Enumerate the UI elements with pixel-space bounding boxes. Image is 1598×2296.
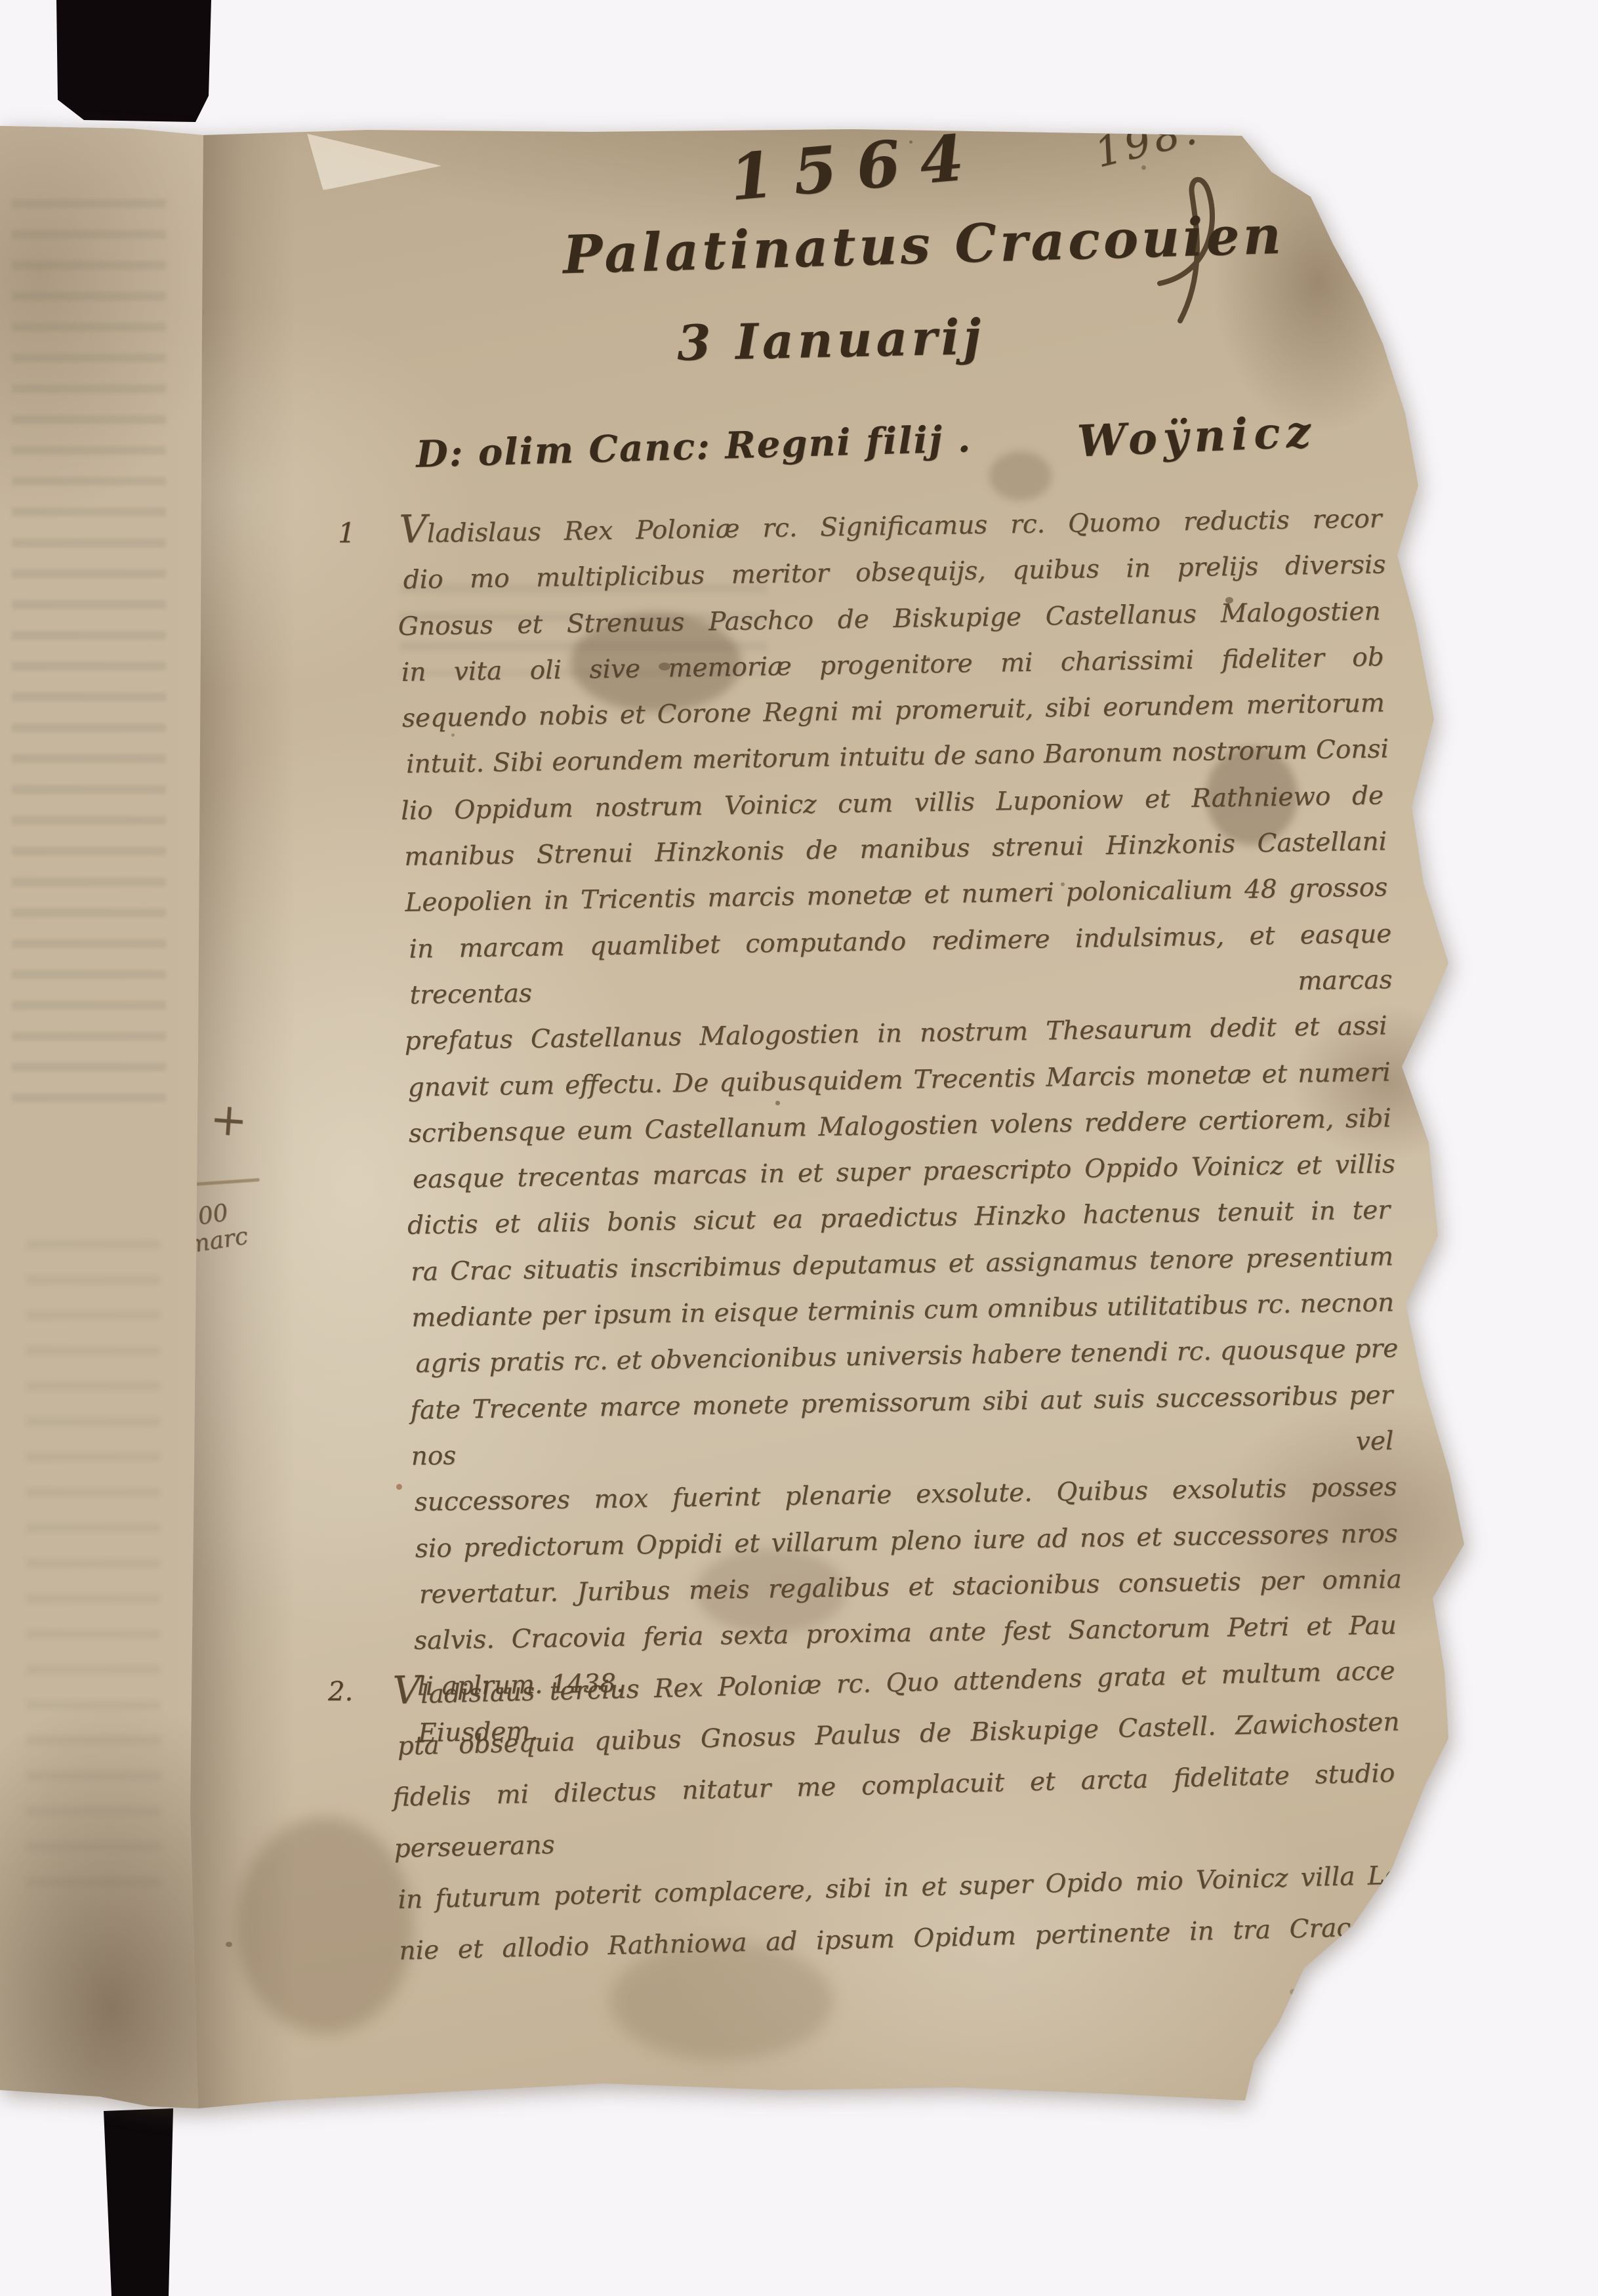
folio-number: 198. [1090, 104, 1205, 176]
date-heading: 3 Ianuarij [676, 309, 985, 372]
entry1-lines: Vladislaus Rex Poloniæ rc. Significamus … [399, 496, 1399, 1664]
rust-speck [396, 1484, 402, 1490]
rubric-left: D: olim Canc: Regni filij . [415, 417, 972, 476]
manuscript-line: fate Trecente marce monete premissorum s… [410, 1372, 1394, 1480]
manuscript-line: in marcam quamlibet computando redimere … [409, 911, 1393, 1019]
paper-fold-mark [307, 126, 441, 190]
entry2-number: 2. [328, 1677, 353, 1707]
page-title: Palatinatus Cracouien [562, 204, 1285, 286]
small-stain [989, 451, 1052, 501]
entry2-lines: Vladislaus tercius Rex Poloniæ rc. Quo a… [392, 1646, 1402, 1977]
book-spread: 1564 198. Palatinatus Cracouien 3 Ianuar… [0, 0, 1598, 2296]
entry1-number: 1 [338, 517, 356, 549]
manuscript-page: 1564 198. Palatinatus Cracouien 3 Ianuar… [0, 0, 1598, 2296]
corner-stain [236, 1817, 413, 2034]
paper-speck [1290, 1989, 1296, 1995]
rubric-right: Woÿnicz [1076, 405, 1318, 466]
margin-cross-mark: + [208, 1093, 249, 1147]
bleedthrough-text-left-lower [26, 1214, 161, 1902]
entry1-text-block: Vladislaus Rex Poloniæ rc. Significamus … [399, 496, 1401, 1756]
entry2-text-block: Vladislaus tercius Rex Poloniæ rc. Quo a… [392, 1646, 1402, 1977]
paper-speck [613, 104, 617, 108]
year-heading: 1564 [727, 119, 987, 215]
paper-speck [226, 1942, 232, 1947]
bleedthrough-text-left [12, 177, 166, 1109]
manuscript-scan: 1564 198. Palatinatus Cracouien 3 Ianuar… [0, 0, 1598, 2296]
